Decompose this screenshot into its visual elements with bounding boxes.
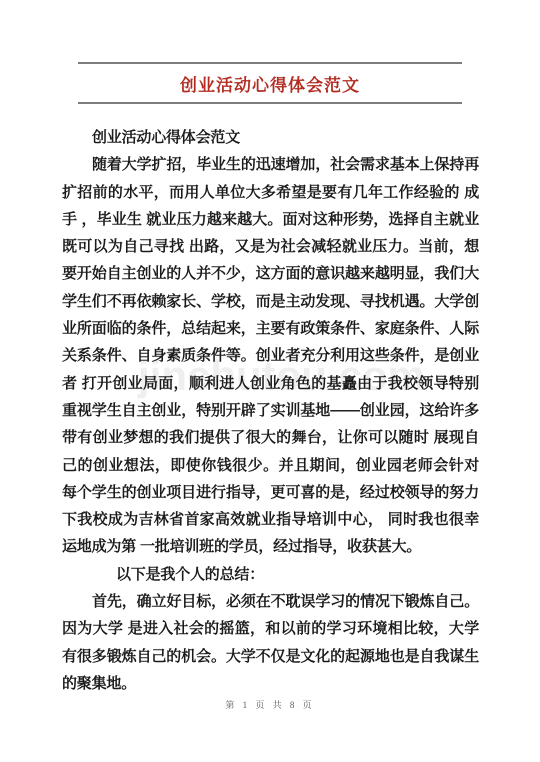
paragraph-heading: 创业活动心得体会范文 — [62, 124, 479, 151]
title-block: 创业活动心得体会范文 — [78, 62, 462, 104]
document-body: 创业活动心得体会范文 随着大学扩招，毕业生的迅速增加，社会需求基本上保持再扩招前… — [62, 124, 479, 697]
page-number-indicator: 第 1 页 共 8 页 — [0, 698, 540, 711]
page-title: 创业活动心得体会范文 — [78, 64, 462, 102]
paragraph-summary-intro: 以下是我个人的总结： — [62, 561, 479, 588]
document-page: 创业活动心得体会范文 jinchutou.com 创业活动心得体会范文 随着大学… — [0, 0, 540, 762]
paragraph-main: 随着大学扩招，毕业生的迅速增加，社会需求基本上保持再扩招前的水平，而用人单位大多… — [62, 151, 479, 560]
paragraph-first-point: 首先，确立好目标，必须在不耽误学习的情况下锻炼自己。因为大学 是进入社会的摇篮，… — [62, 588, 479, 697]
title-divider-bottom — [78, 102, 462, 104]
